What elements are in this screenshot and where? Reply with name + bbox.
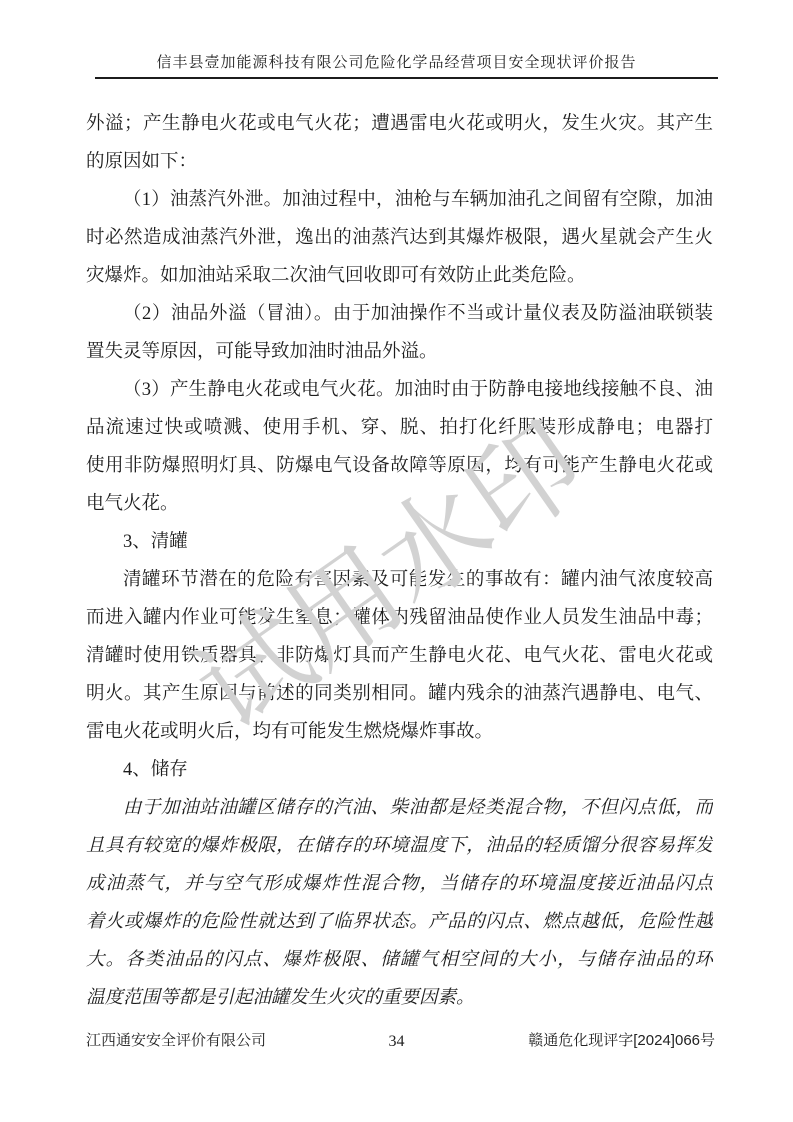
body-line: （2）油品外溢（冒油）。由于加油操作不当或计量仪表及防溢油联锁装: [86, 295, 713, 333]
body-line: 的原因如下：: [86, 143, 713, 181]
body-line: 温度范围等都是引起油罐发生火灾的重要因素。: [86, 979, 713, 1017]
body-line: 雷电火花或明火后，均有可能发生燃烧爆炸事故。: [86, 713, 713, 751]
body-line: 品流速过快或喷溅、使用手机、穿、脱、拍打化纤服装形成静电；电器打火、: [86, 409, 713, 447]
page-header-title: 信丰县壹加能源科技有限公司危险化学品经营项目安全现状评价报告: [0, 51, 793, 72]
body-line: 清罐环节潜在的危险有害因素及可能发生的事故有：罐内油气浓度较高: [86, 561, 713, 599]
body-line: 使用非防爆照明灯具、防爆电气设备故障等原因，均有可能产生静电火花或: [86, 447, 713, 485]
header-rule: [95, 77, 718, 79]
body-line: 灾爆炸。如加油站采取二次油气回收即可有效防止此类危险。: [86, 257, 713, 295]
body-line: 3、清罐: [86, 523, 713, 561]
body-line: 4、储存: [86, 751, 713, 789]
body-line: 大。各类油品的闪点、爆炸极限、储罐气相空间的大小，与储存油品的环境、: [86, 941, 713, 979]
body-line: 由于加油站油罐区储存的汽油、柴油都是烃类混合物，不但闪点低，而: [86, 789, 713, 827]
body-line: 而进入罐内作业可能发生窒息；罐体内残留油品使作业人员发生油品中毒；: [86, 599, 713, 637]
body-line: 明火。其产生原因与前述的同类别相同。罐内残余的油蒸汽遇静电、电气、: [86, 675, 713, 713]
body-line: 成油蒸气，并与空气形成爆炸性混合物，当储存的环境温度接近油品闪点时，: [86, 865, 713, 903]
body-line: 且具有较宽的爆炸极限，在储存的环境温度下，油品的轻质馏分很容易挥发: [86, 827, 713, 865]
body-line: 外溢；产生静电火花或电气火花；遭遇雷电火花或明火，发生火灾。其产生: [86, 105, 713, 143]
body-line: 着火或爆炸的危险性就达到了临界状态。产品的闪点、燃点越低，危险性越: [86, 903, 713, 941]
body-line: （1）油蒸汽外泄。加油过程中，油枪与车辆加油孔之间留有空隙，加油: [86, 181, 713, 219]
body-line: 置失灵等原因，可能导致加油时油品外溢。: [86, 333, 713, 371]
body-line: 时必然造成油蒸汽外泄，逸出的油蒸汽达到其爆炸极限，遇火星就会产生火: [86, 219, 713, 257]
body-line: 清罐时使用铁质器具、非防爆灯具而产生静电火花、电气火花、雷电火花或: [86, 637, 713, 675]
document-body: 外溢；产生静电火花或电气火花；遭遇雷电火花或明火，发生火灾。其产生的原因如下：（…: [86, 105, 713, 1017]
body-line: （3）产生静电火花或电气火花。加油时由于防静电接地线接触不良、油: [86, 371, 713, 409]
document-page: 信丰县壹加能源科技有限公司危险化学品经营项目安全现状评价报告 外溢；产生静电火花…: [0, 0, 793, 1122]
body-line: 电气火花。: [86, 485, 713, 523]
footer-document-number: 赣通危化现评字[2024]066号: [528, 1029, 715, 1050]
